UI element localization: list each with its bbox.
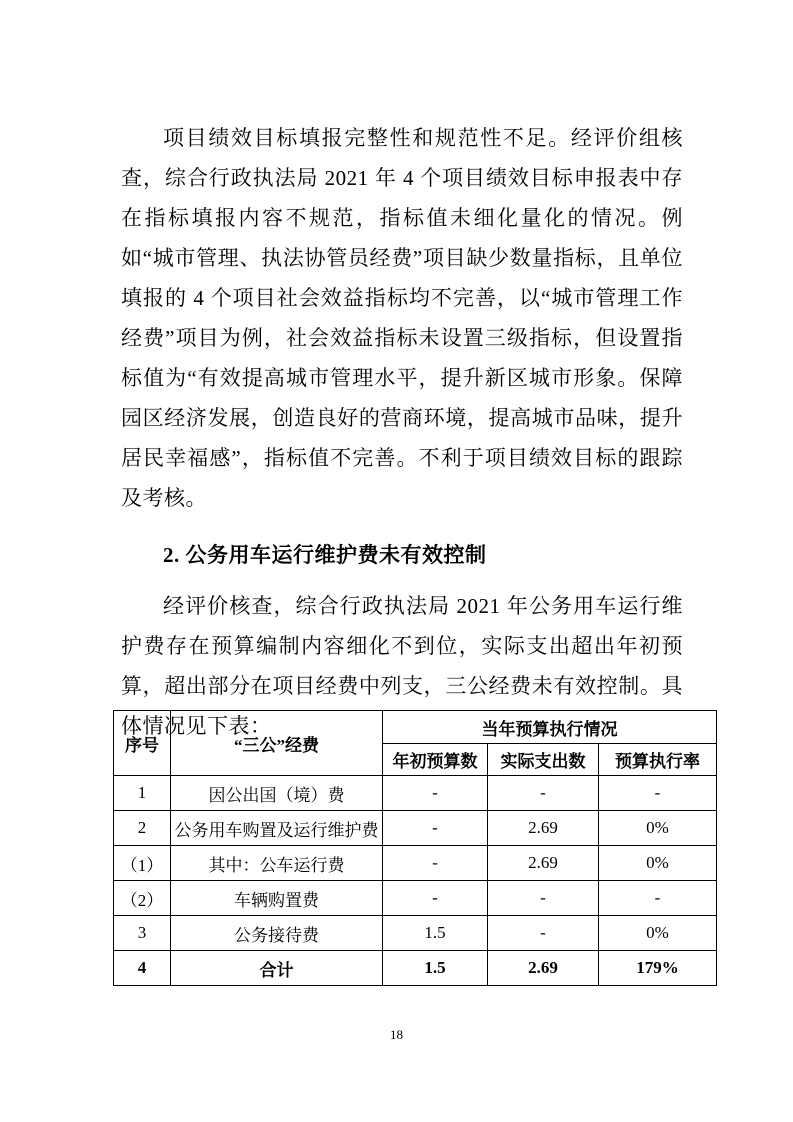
cell-initial-budget: 1.5 (383, 951, 488, 986)
col-header-execution-rate: 预算执行率 (599, 744, 717, 776)
cell-initial-budget: - (383, 811, 488, 846)
cell-index: 4 (114, 951, 171, 986)
cell-category: 其中：公车运行费 (171, 846, 383, 881)
cell-execution-rate: 179% (599, 951, 717, 986)
cell-actual-expense: - (488, 881, 599, 916)
cell-category: 车辆购置费 (171, 881, 383, 916)
page-number: 18 (0, 1026, 793, 1044)
cell-category: 因公出国（境）费 (171, 776, 383, 811)
cell-actual-expense: 2.69 (488, 951, 599, 986)
cell-category: 公务接待费 (171, 916, 383, 951)
cell-actual-expense: - (488, 776, 599, 811)
cell-execution-rate: - (599, 881, 717, 916)
document-page: 项目绩效目标填报完整性和规范性不足。经评价组核查，综合行政执法局 2021 年 … (0, 0, 793, 1122)
table-header-row-1: 序号 “三公”经费 当年预算执行情况 (114, 711, 717, 744)
cell-index: （2） (114, 881, 171, 916)
cell-index: 2 (114, 811, 171, 846)
section-heading-vehicle-cost: 2. 公务用车运行维护费未有效控制 (121, 535, 683, 575)
cell-initial-budget: - (383, 776, 488, 811)
paragraph-performance-targets: 项目绩效目标填报完整性和规范性不足。经评价组核查，综合行政执法局 2021 年 … (121, 118, 683, 518)
table-row: （1）其中：公车运行费-2.690% (114, 846, 717, 881)
col-header-category: “三公”经费 (171, 711, 383, 776)
cell-initial-budget: - (383, 881, 488, 916)
document-body: 项目绩效目标填报完整性和规范性不足。经评价组核查，综合行政执法局 2021 年 … (121, 118, 683, 746)
table-row: 3公务接待费1.5-0% (114, 916, 717, 951)
cell-actual-expense: 2.69 (488, 846, 599, 881)
col-header-initial-budget: 年初预算数 (383, 744, 488, 776)
cell-category: 公务用车购置及运行维护费 (171, 811, 383, 846)
table-row: 4合计1.52.69179% (114, 951, 717, 986)
cell-execution-rate: 0% (599, 811, 717, 846)
cell-index: 1 (114, 776, 171, 811)
table-row: 1因公出国（境）费--- (114, 776, 717, 811)
cell-category: 合计 (171, 951, 383, 986)
cell-execution-rate: 0% (599, 846, 717, 881)
col-header-index: 序号 (114, 711, 171, 776)
cell-initial-budget: 1.5 (383, 916, 488, 951)
cell-index: （1） (114, 846, 171, 881)
table-row: （2）车辆购置费--- (114, 881, 717, 916)
sangong-expense-table: 序号 “三公”经费 当年预算执行情况 年初预算数 实际支出数 预算执行率 1因公… (113, 710, 717, 986)
cell-index: 3 (114, 916, 171, 951)
col-header-actual-expense: 实际支出数 (488, 744, 599, 776)
cell-actual-expense: 2.69 (488, 811, 599, 846)
cell-initial-budget: - (383, 846, 488, 881)
cell-execution-rate: 0% (599, 916, 717, 951)
cell-actual-expense: - (488, 916, 599, 951)
table-row: 2公务用车购置及运行维护费-2.690% (114, 811, 717, 846)
cell-execution-rate: - (599, 776, 717, 811)
col-header-group: 当年预算执行情况 (383, 711, 717, 744)
